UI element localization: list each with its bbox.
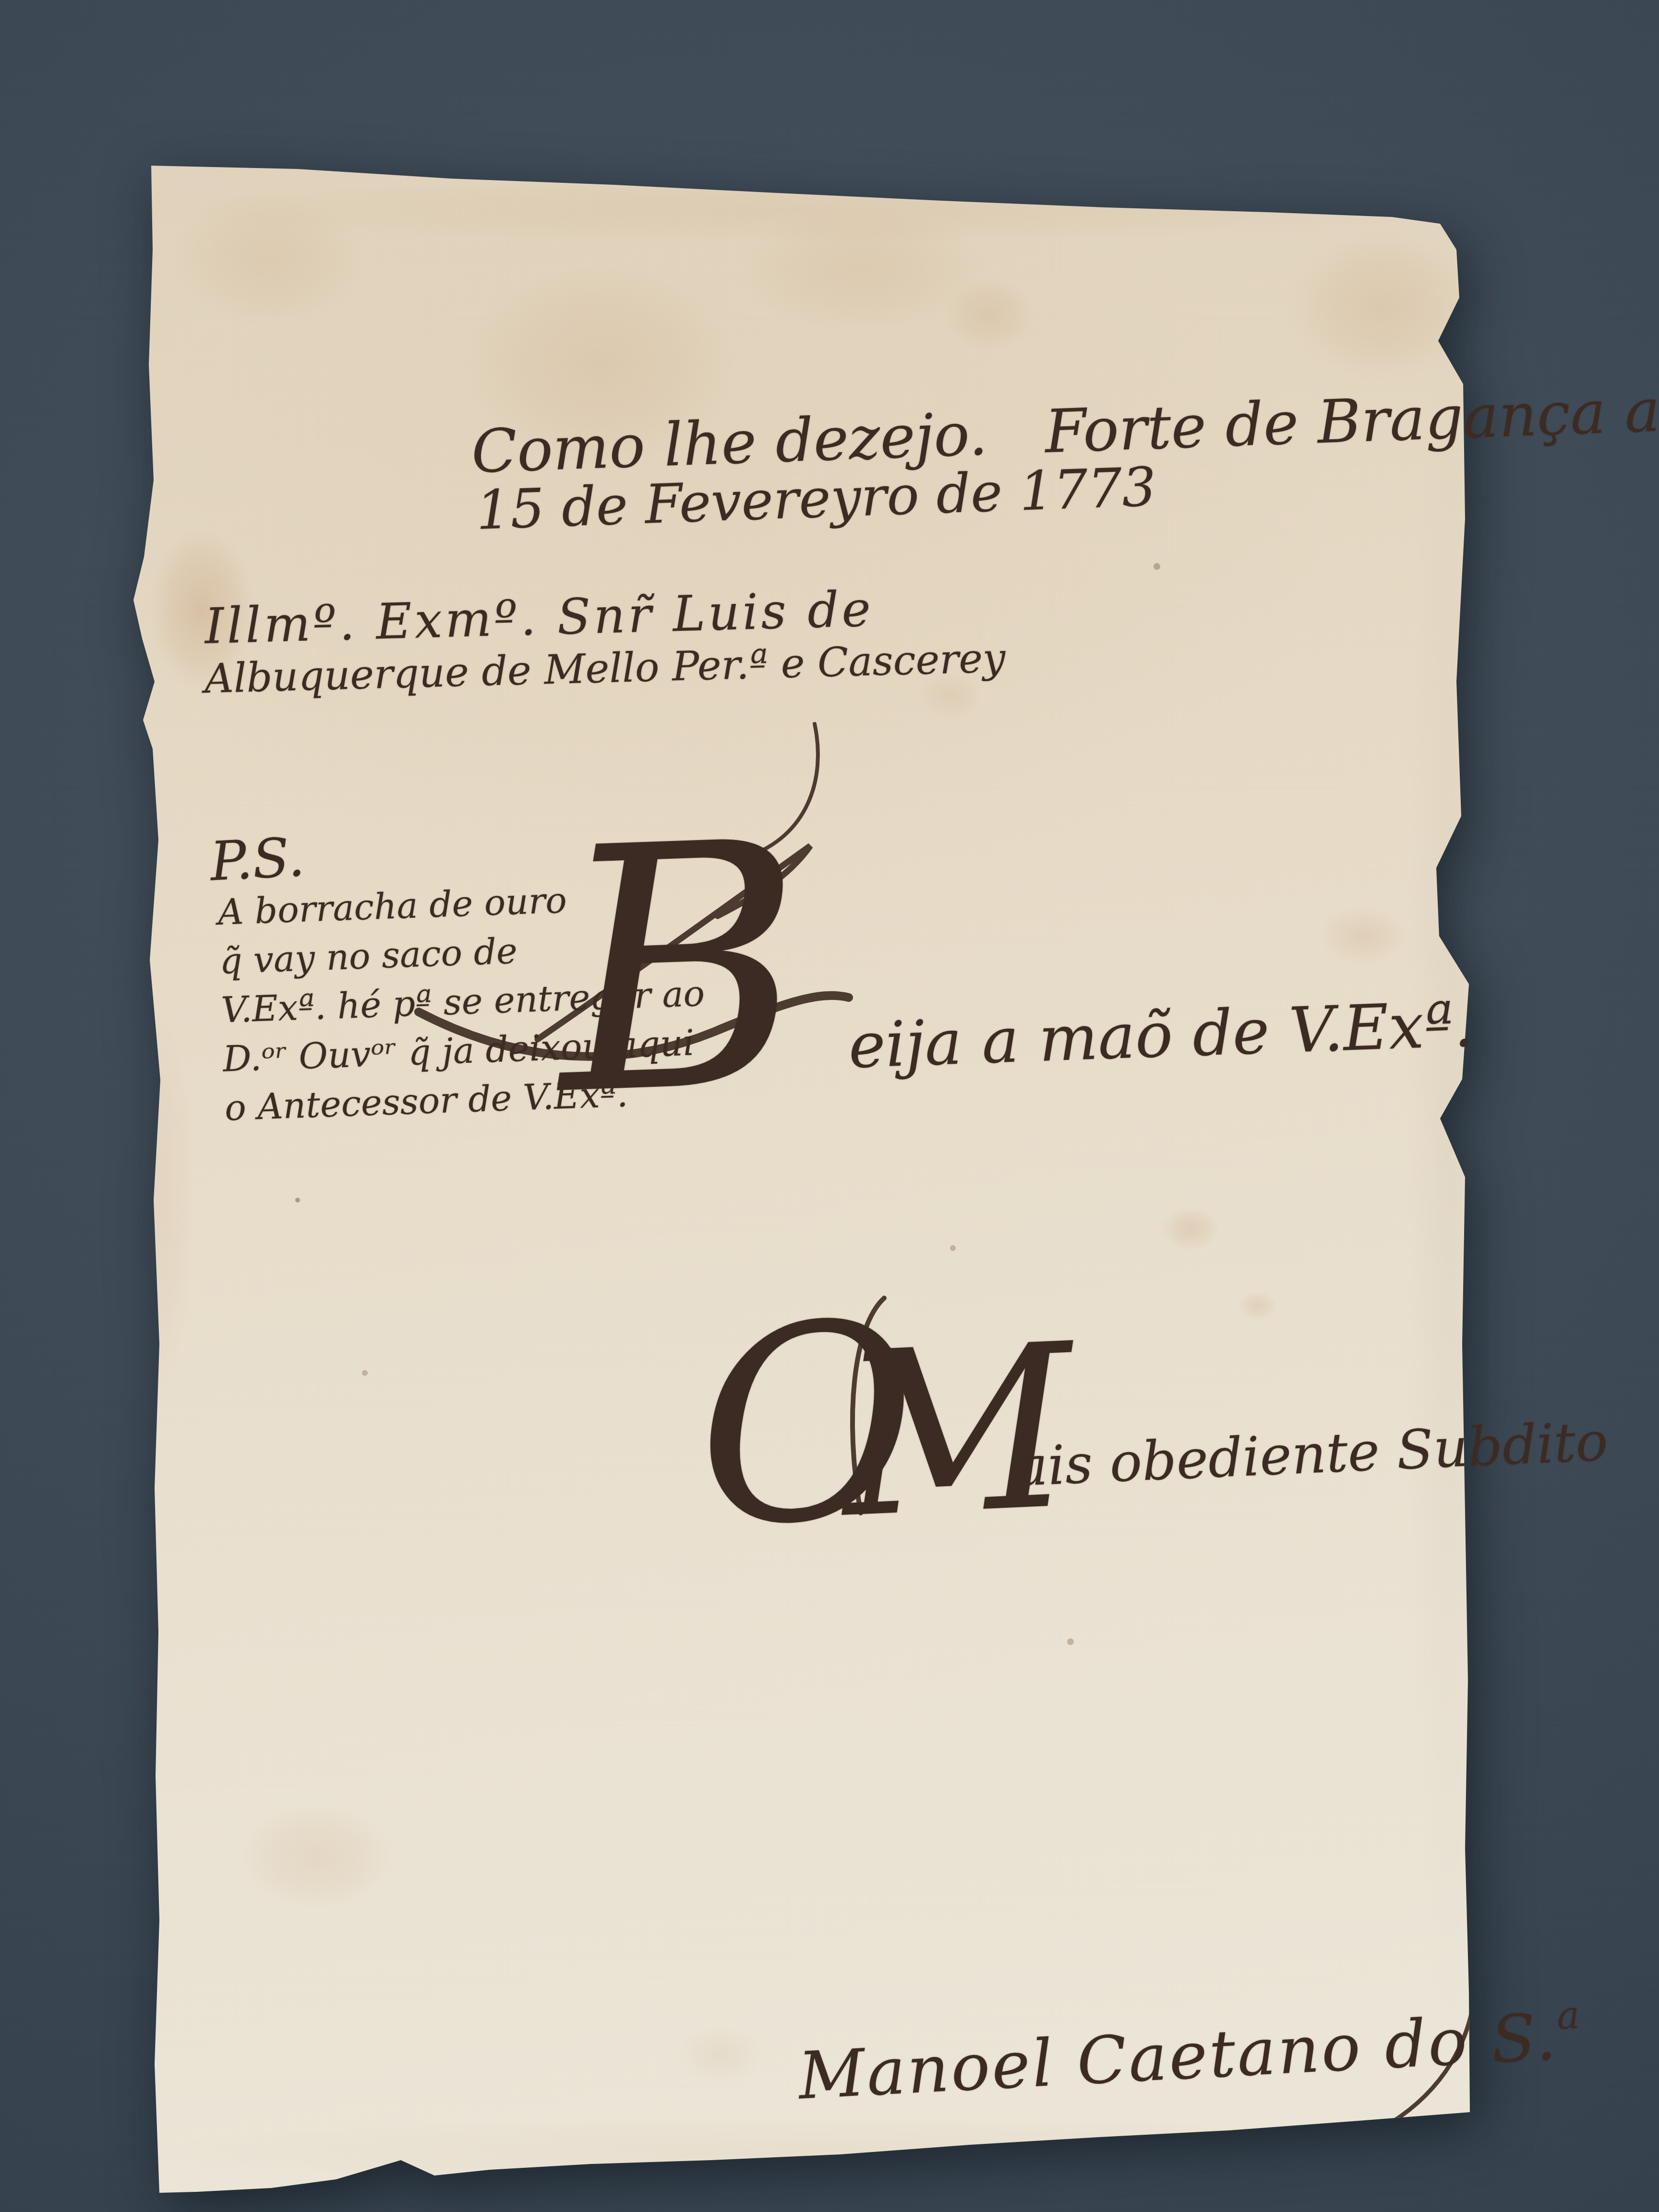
signature-superscript: a — [1555, 1992, 1582, 2038]
courtesy-text: eija a maõ de V.Exª. — [848, 993, 1475, 1077]
signature-line: Manoel Caetano do S.a — [797, 2003, 1584, 2108]
valediction-initial-m: M — [837, 1314, 1077, 1550]
valediction-text: ais obediente Subdito — [1015, 1415, 1609, 1494]
photo-backdrop: Como lhe dezejo.Forte de Bragança a 15 d… — [0, 0, 1659, 2212]
courtesy-initial: B — [552, 798, 811, 1142]
letter-text-layer: Como lhe dezejo.Forte de Bragança a 15 d… — [0, 0, 1659, 2212]
courtesy-phrase: B eija a maõ de V.Exª. — [552, 769, 1621, 1190]
valediction-phrase: O M ais obediente Subdito — [691, 1256, 1615, 1584]
header-place: Forte de Bragança a — [1044, 376, 1659, 467]
postscript-label: P.S. — [209, 830, 306, 889]
header-gap — [988, 452, 1046, 454]
signature-text: Manoel Caetano do S. — [796, 1999, 1560, 2114]
